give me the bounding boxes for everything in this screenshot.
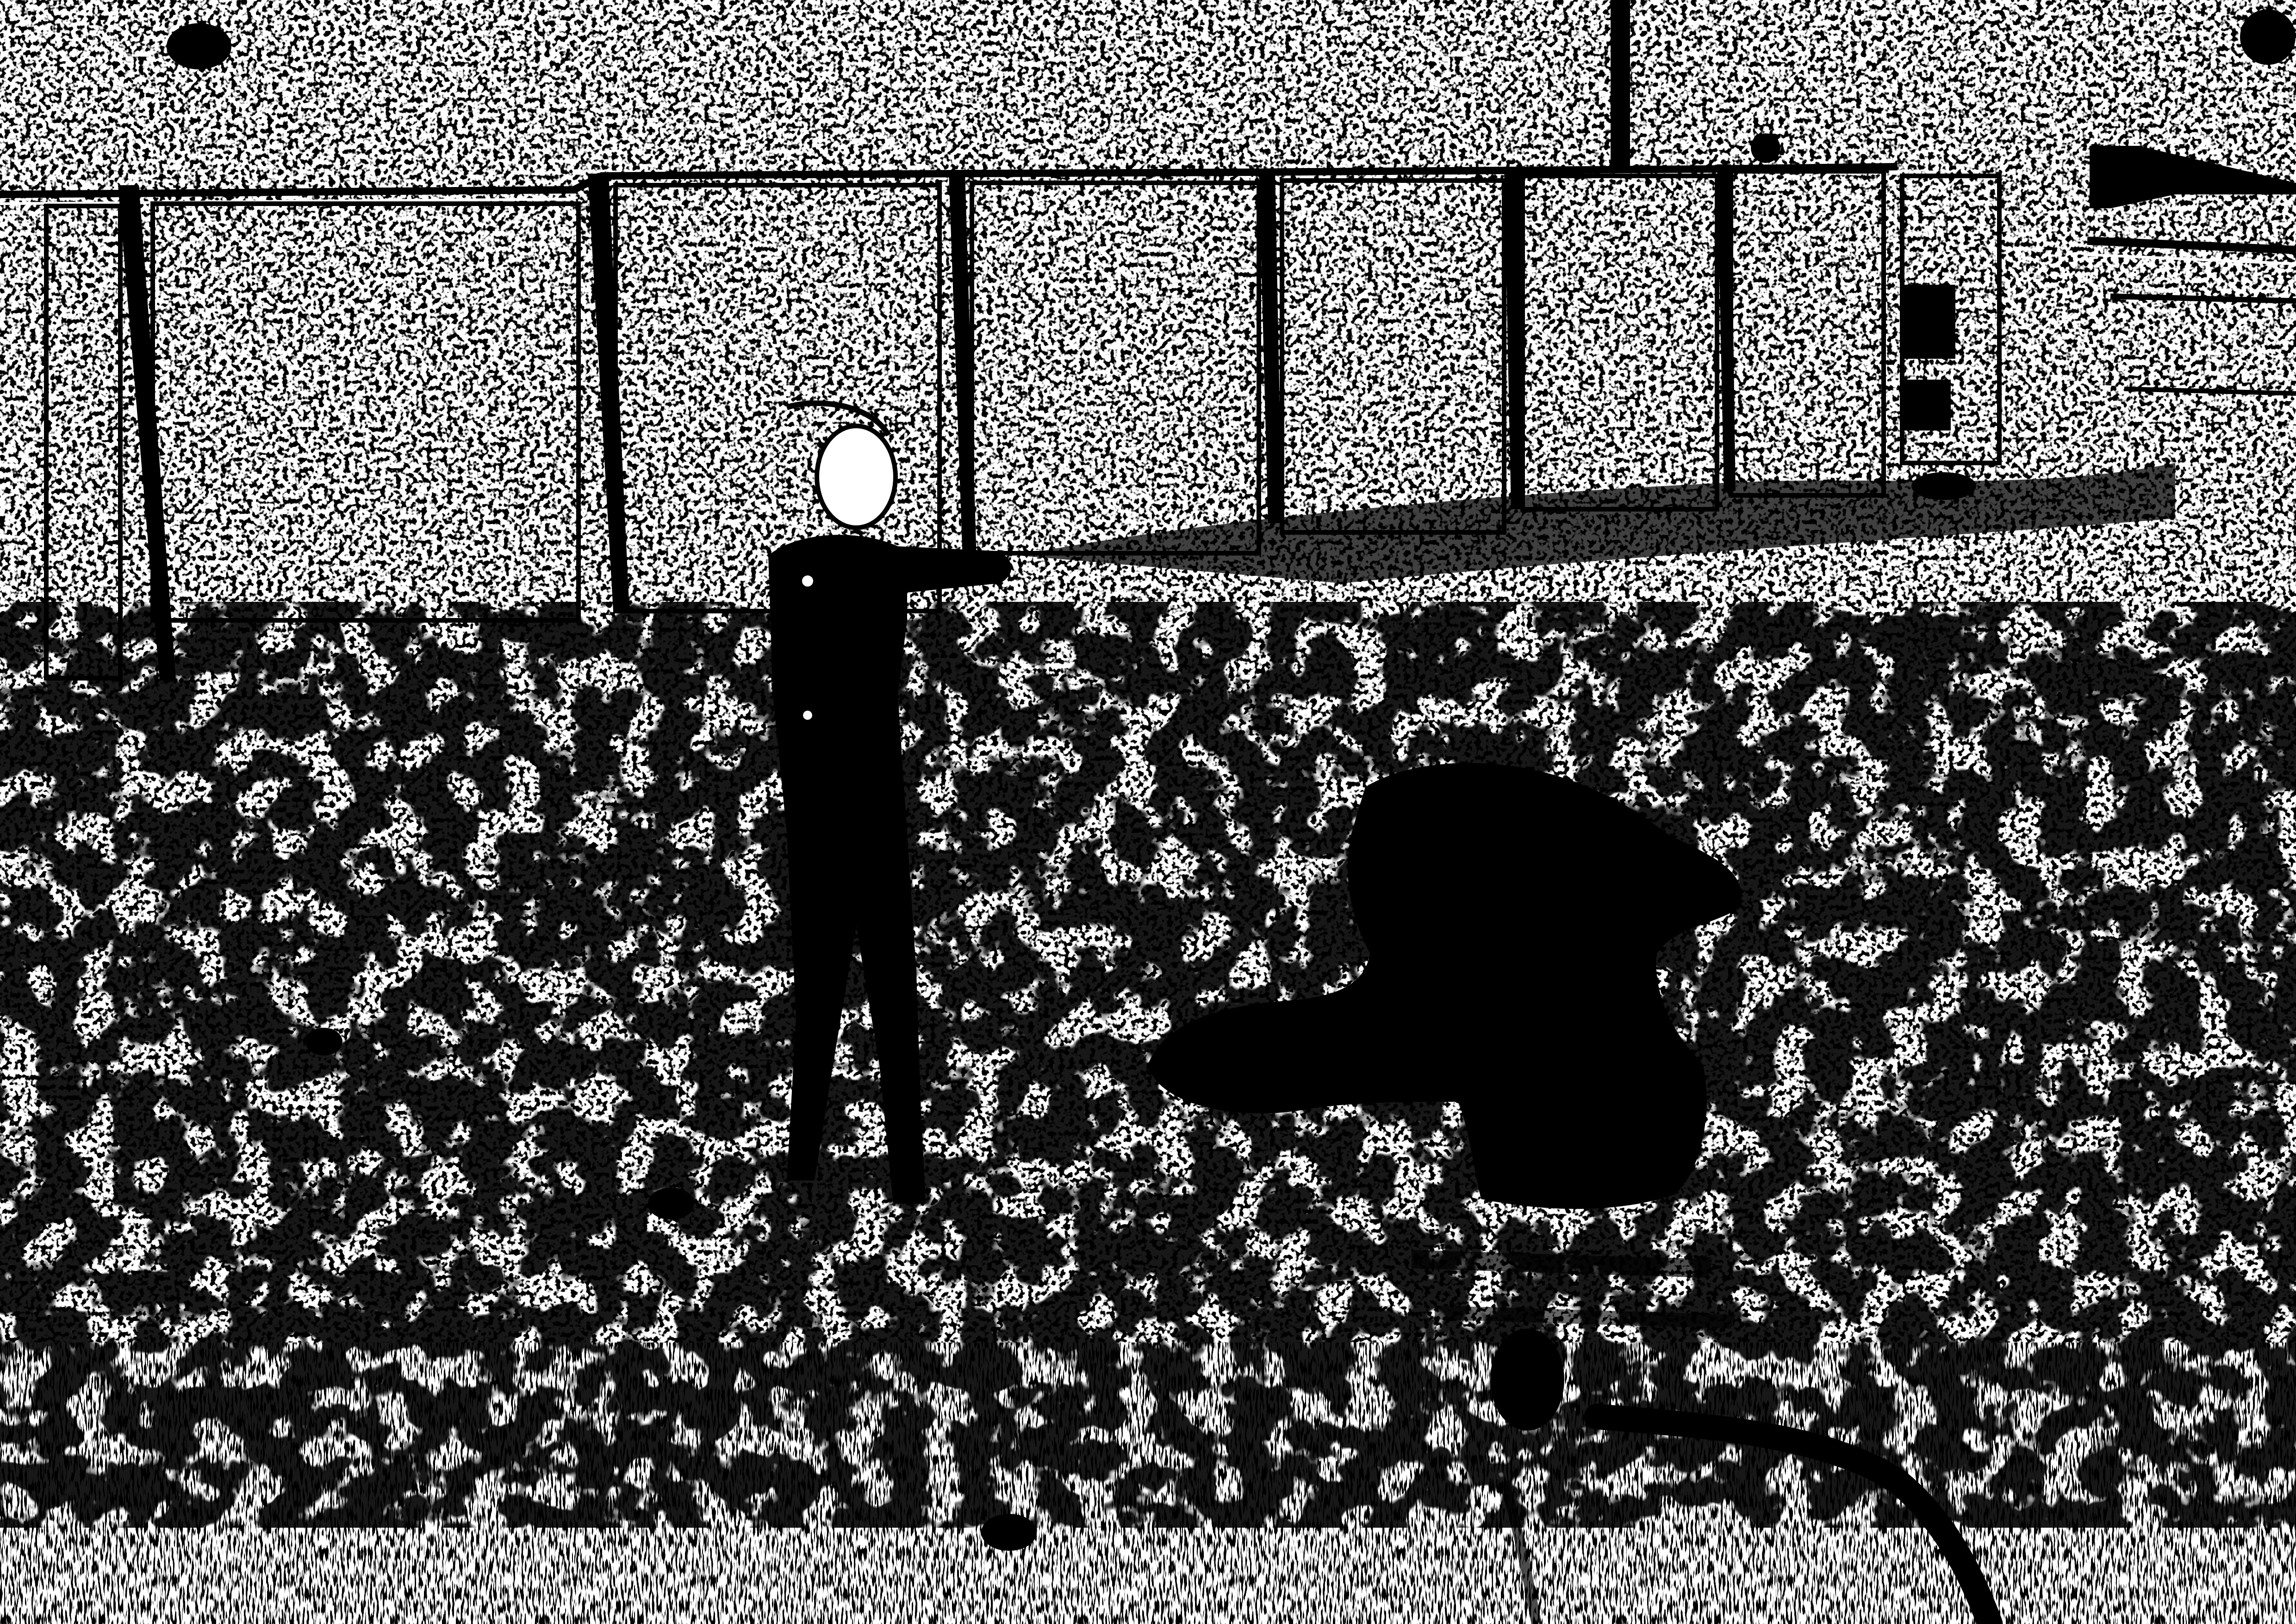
- edge-detected-photo: Outdoor scene: a wall/fence line with ve…: [0, 0, 2296, 1624]
- dark-panel: [1900, 285, 1955, 431]
- scene-canvas: [0, 0, 2296, 1624]
- background-texture: [0, 0, 2296, 1624]
